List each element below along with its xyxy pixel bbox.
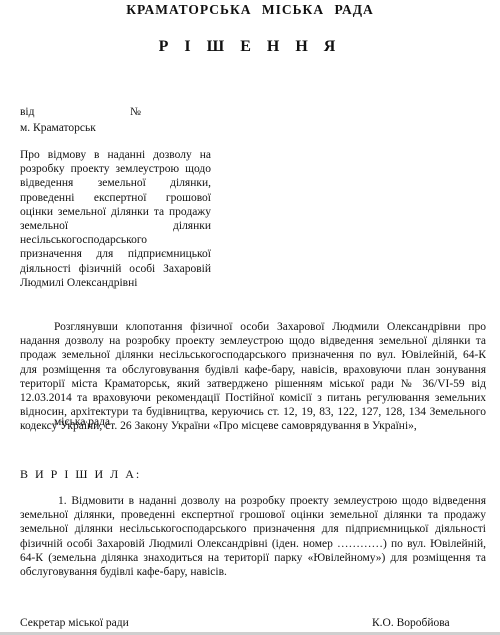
date-label: від	[20, 106, 34, 118]
preamble-line: продаж земельної ділянки несільськогоспо…	[20, 348, 486, 362]
number-label: №	[130, 106, 141, 118]
preamble-line: надання дозволу на розробку проекту земл…	[20, 334, 486, 348]
item-line: земельної ділянки несільськогосподарсько…	[20, 522, 486, 536]
subject-line: несільськогосподарського	[20, 233, 211, 247]
subject-line: призначення для підприємницької	[20, 247, 211, 261]
city-label: м. Краматорськ	[20, 122, 96, 134]
preamble-line: Розглянувши клопотання фізичної особи За…	[20, 320, 486, 334]
resolution-item-1: 1. Відмовити в наданні дозволу на розроб…	[20, 494, 486, 579]
subject-line: земельної ділянки	[20, 219, 211, 233]
item-line: фізичній особі Захаровій Людмилі Олексан…	[20, 537, 486, 551]
subject-line: відведення земельної ділянки,	[20, 176, 211, 190]
decision-subject: Про відмову в наданні дозволу на розробк…	[20, 148, 211, 290]
subject-line: оцінки земельної ділянки та продажу	[20, 205, 211, 219]
council-name: КРАМАТОРСЬКА МІСЬКА РАДА	[0, 2, 500, 18]
council-label: міська рада	[54, 416, 110, 428]
signature-title: Секретар міської ради	[20, 617, 129, 629]
resolved-heading: В И Р І Ш И Л А:	[20, 467, 141, 482]
item-line: 64-К (земельна ділянка знаходиться на те…	[20, 551, 486, 565]
subject-line: Людмилі Олександрівні	[20, 276, 211, 290]
item-line: обслуговування будівлі кафе-бару, навісі…	[20, 565, 486, 579]
signature-name: К.О. Воробйова	[372, 617, 450, 629]
preamble-line: для розміщення та обслуговування будівлі…	[20, 363, 486, 377]
item-line: земельної ділянки, проведенні експертної…	[20, 508, 486, 522]
subject-line: розробку проекту землеустрою щодо	[20, 162, 211, 176]
subject-line: проведенні експертної грошової	[20, 191, 211, 205]
item-line: 1. Відмовити в наданні дозволу на розроб…	[20, 494, 486, 508]
subject-line: Про відмову в наданні дозволу на	[20, 148, 211, 162]
preamble-line: території міста Краматорськ, який затвер…	[20, 377, 486, 391]
document-title: Р І Ш Е Н Н Я	[0, 38, 500, 56]
preamble-line: 12.03.2014 та враховуючи рекомендації По…	[20, 391, 486, 405]
subject-line: діяльності фізичній особі Захаровій	[20, 262, 211, 276]
